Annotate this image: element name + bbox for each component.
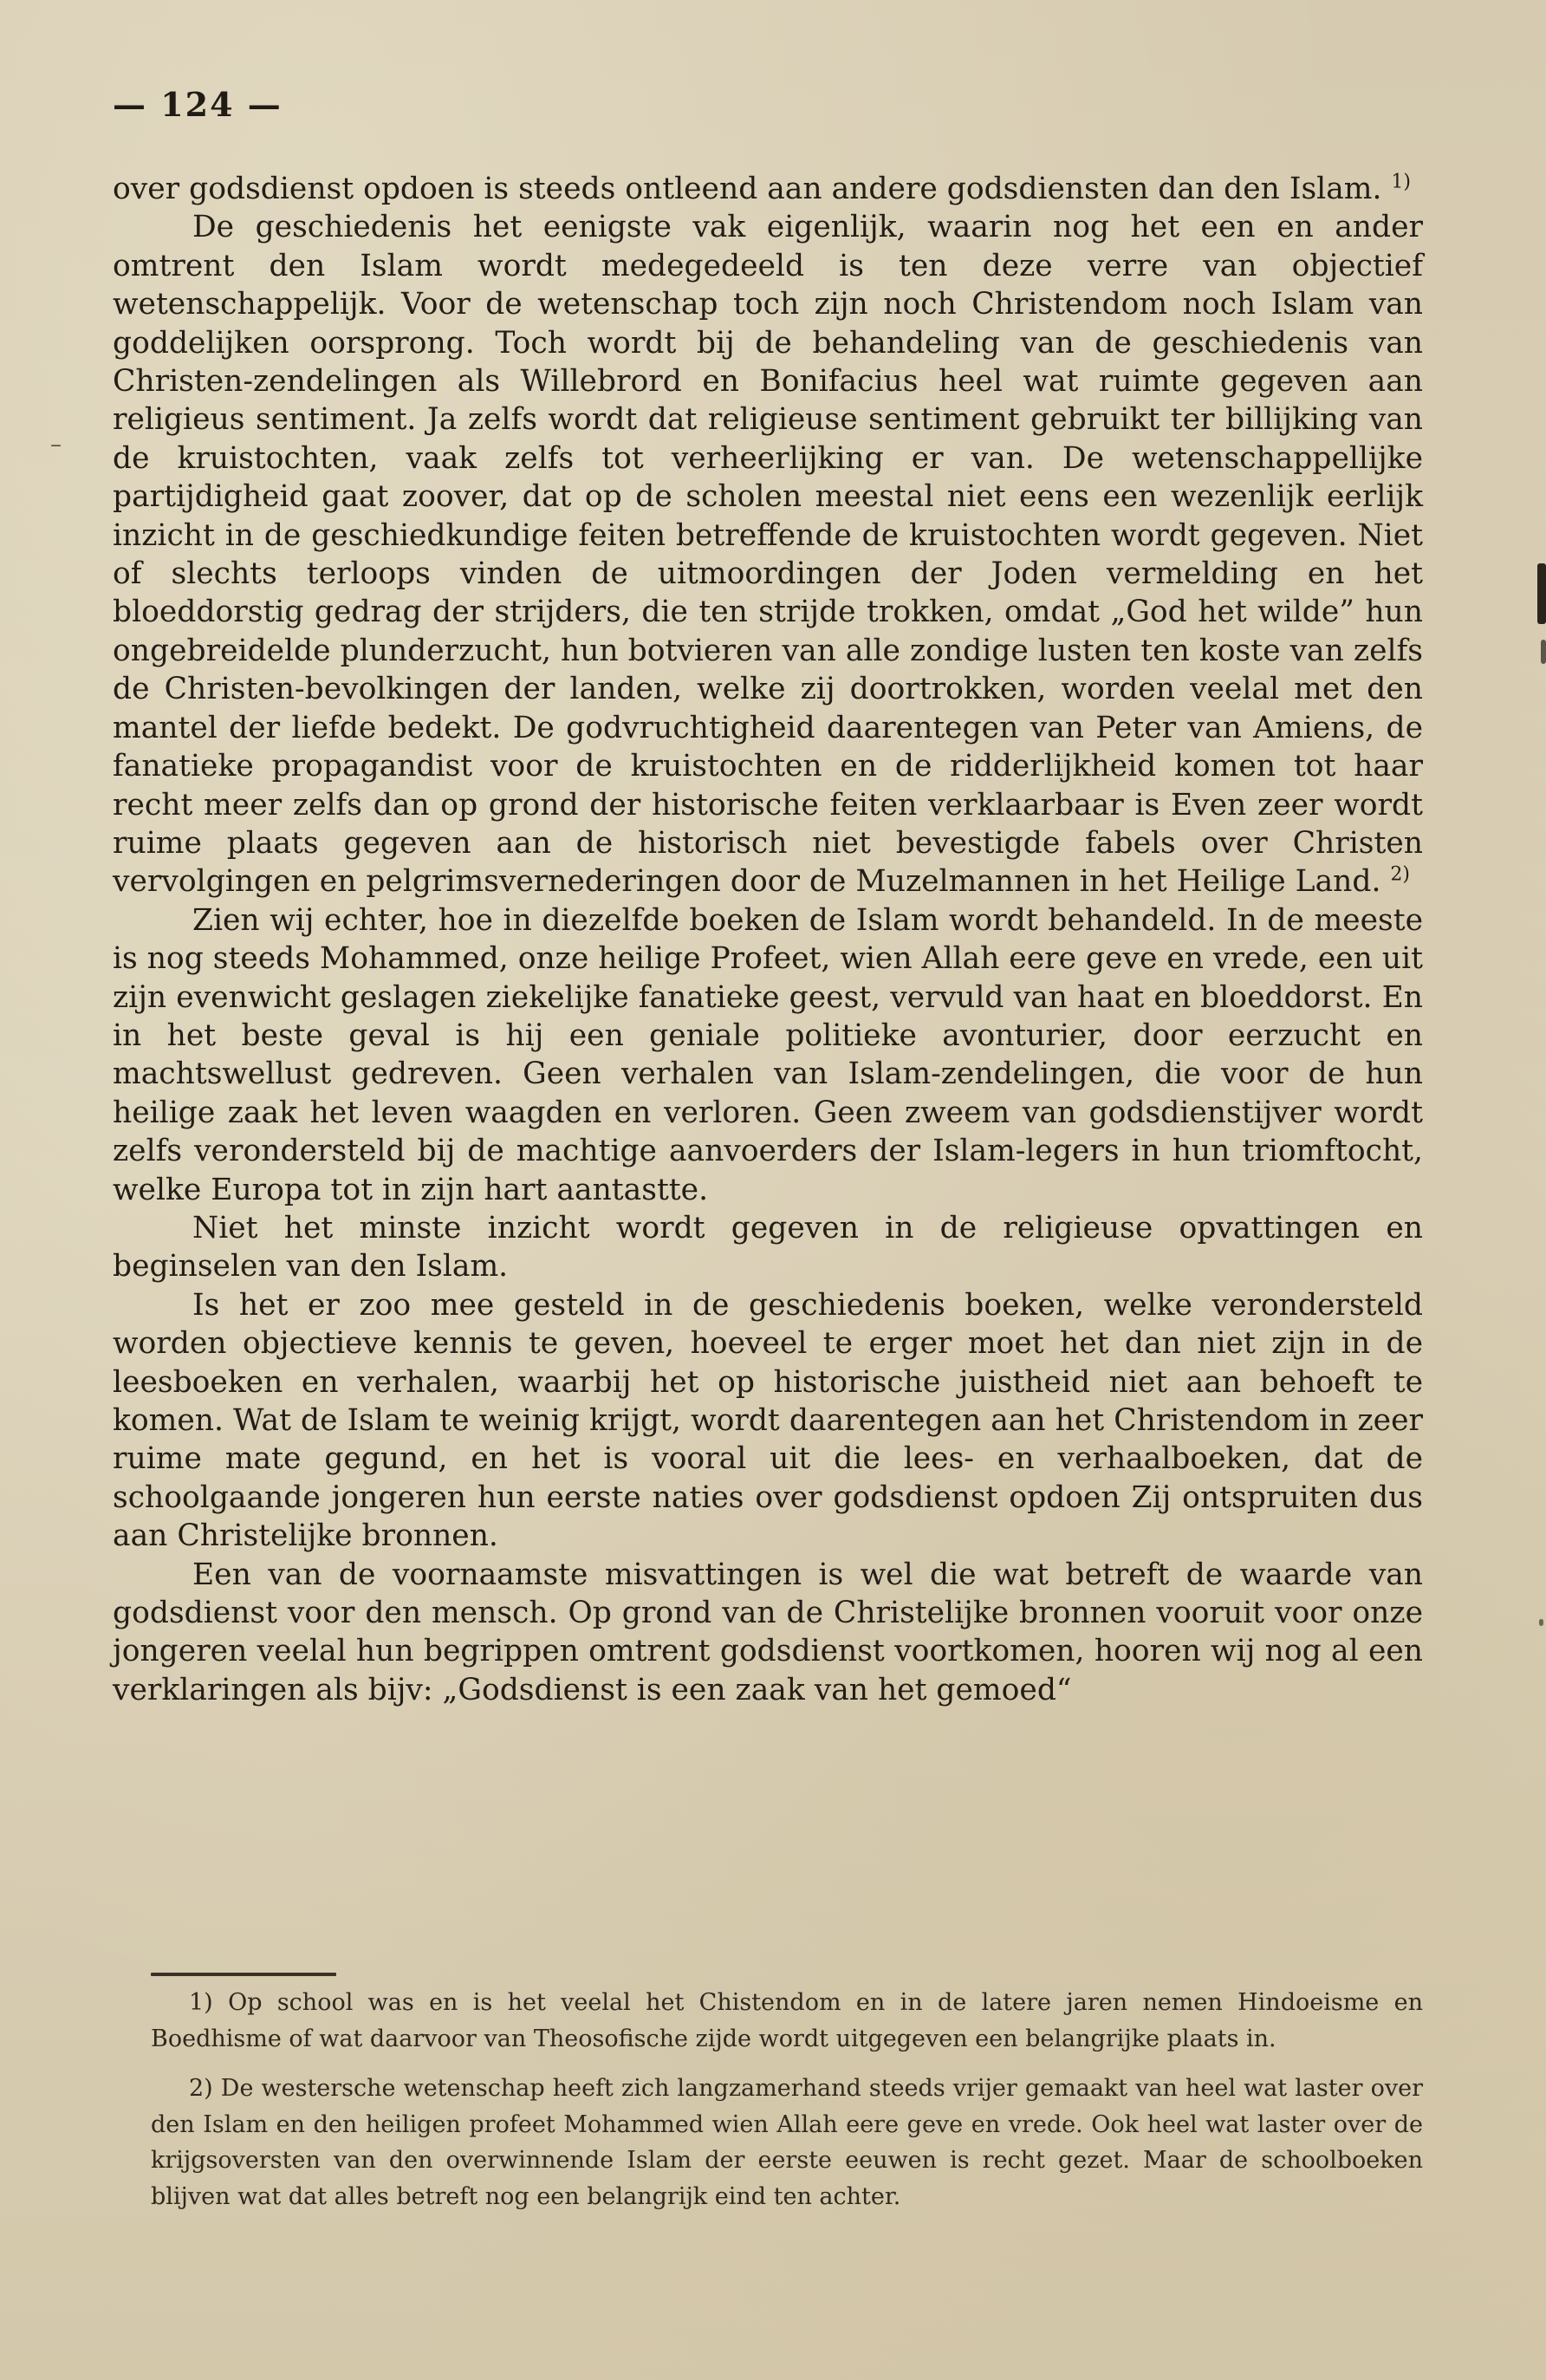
footnote-reference[interactable]: 2) xyxy=(1390,864,1410,886)
footnote-marker: 1) xyxy=(189,1989,213,2016)
paragraph: Is het er zoo mee gesteld in de geschied… xyxy=(113,1286,1423,1556)
footnote-text: Op school was en is het veelal het Chist… xyxy=(151,1989,1423,2052)
paragraph-text: Niet het minste inzicht wordt gegeven in… xyxy=(113,1211,1423,1284)
paragraph: De geschiedenis het eenigste vak eigenli… xyxy=(113,208,1423,901)
footnote-marker: 2) xyxy=(189,2075,213,2102)
footnote-reference[interactable]: 1) xyxy=(1391,172,1411,193)
paragraph-text: De geschiedenis het eenigste vak eigenli… xyxy=(113,210,1423,899)
paragraph: Zien wij echter, hoe in diezelfde boeken… xyxy=(113,901,1423,1209)
paragraph: Niet het minste inzicht wordt gegeven in… xyxy=(113,1209,1423,1286)
margin-dash-mark: – xyxy=(50,432,62,458)
paragraph-text: Zien wij echter, hoe in diezelfde boeken… xyxy=(113,903,1423,1207)
page-edge-mark xyxy=(1541,640,1546,664)
paragraph: over godsdienst opdoen is steeds ontleen… xyxy=(113,170,1423,208)
footnote: 1) Op school was en is het veelal het Ch… xyxy=(151,1985,1423,2057)
page-edge-mark xyxy=(1539,1619,1543,1626)
paragraph-text: over godsdienst opdoen is steeds ontleen… xyxy=(113,172,1381,206)
footnotes: 1) Op school was en is het veelal het Ch… xyxy=(151,1985,1423,2228)
page-number: — 124 — xyxy=(113,85,283,124)
footnote: 2) De westersche wetenschap heeft zich l… xyxy=(151,2071,1423,2214)
paragraph-text: Is het er zoo mee gesteld in de geschied… xyxy=(113,1288,1423,1553)
footnote-text: De westersche wetenschap heeft zich lang… xyxy=(151,2075,1423,2210)
footnote-divider xyxy=(151,1973,336,1976)
paragraph: Een van de voornaamste misvattingen is w… xyxy=(113,1556,1423,1710)
page-edge-mark xyxy=(1537,563,1546,624)
body-text: over godsdienst opdoen is steeds ontleen… xyxy=(113,170,1423,1709)
paragraph-text: Een van de voornaamste misvattingen is w… xyxy=(113,1557,1423,1707)
